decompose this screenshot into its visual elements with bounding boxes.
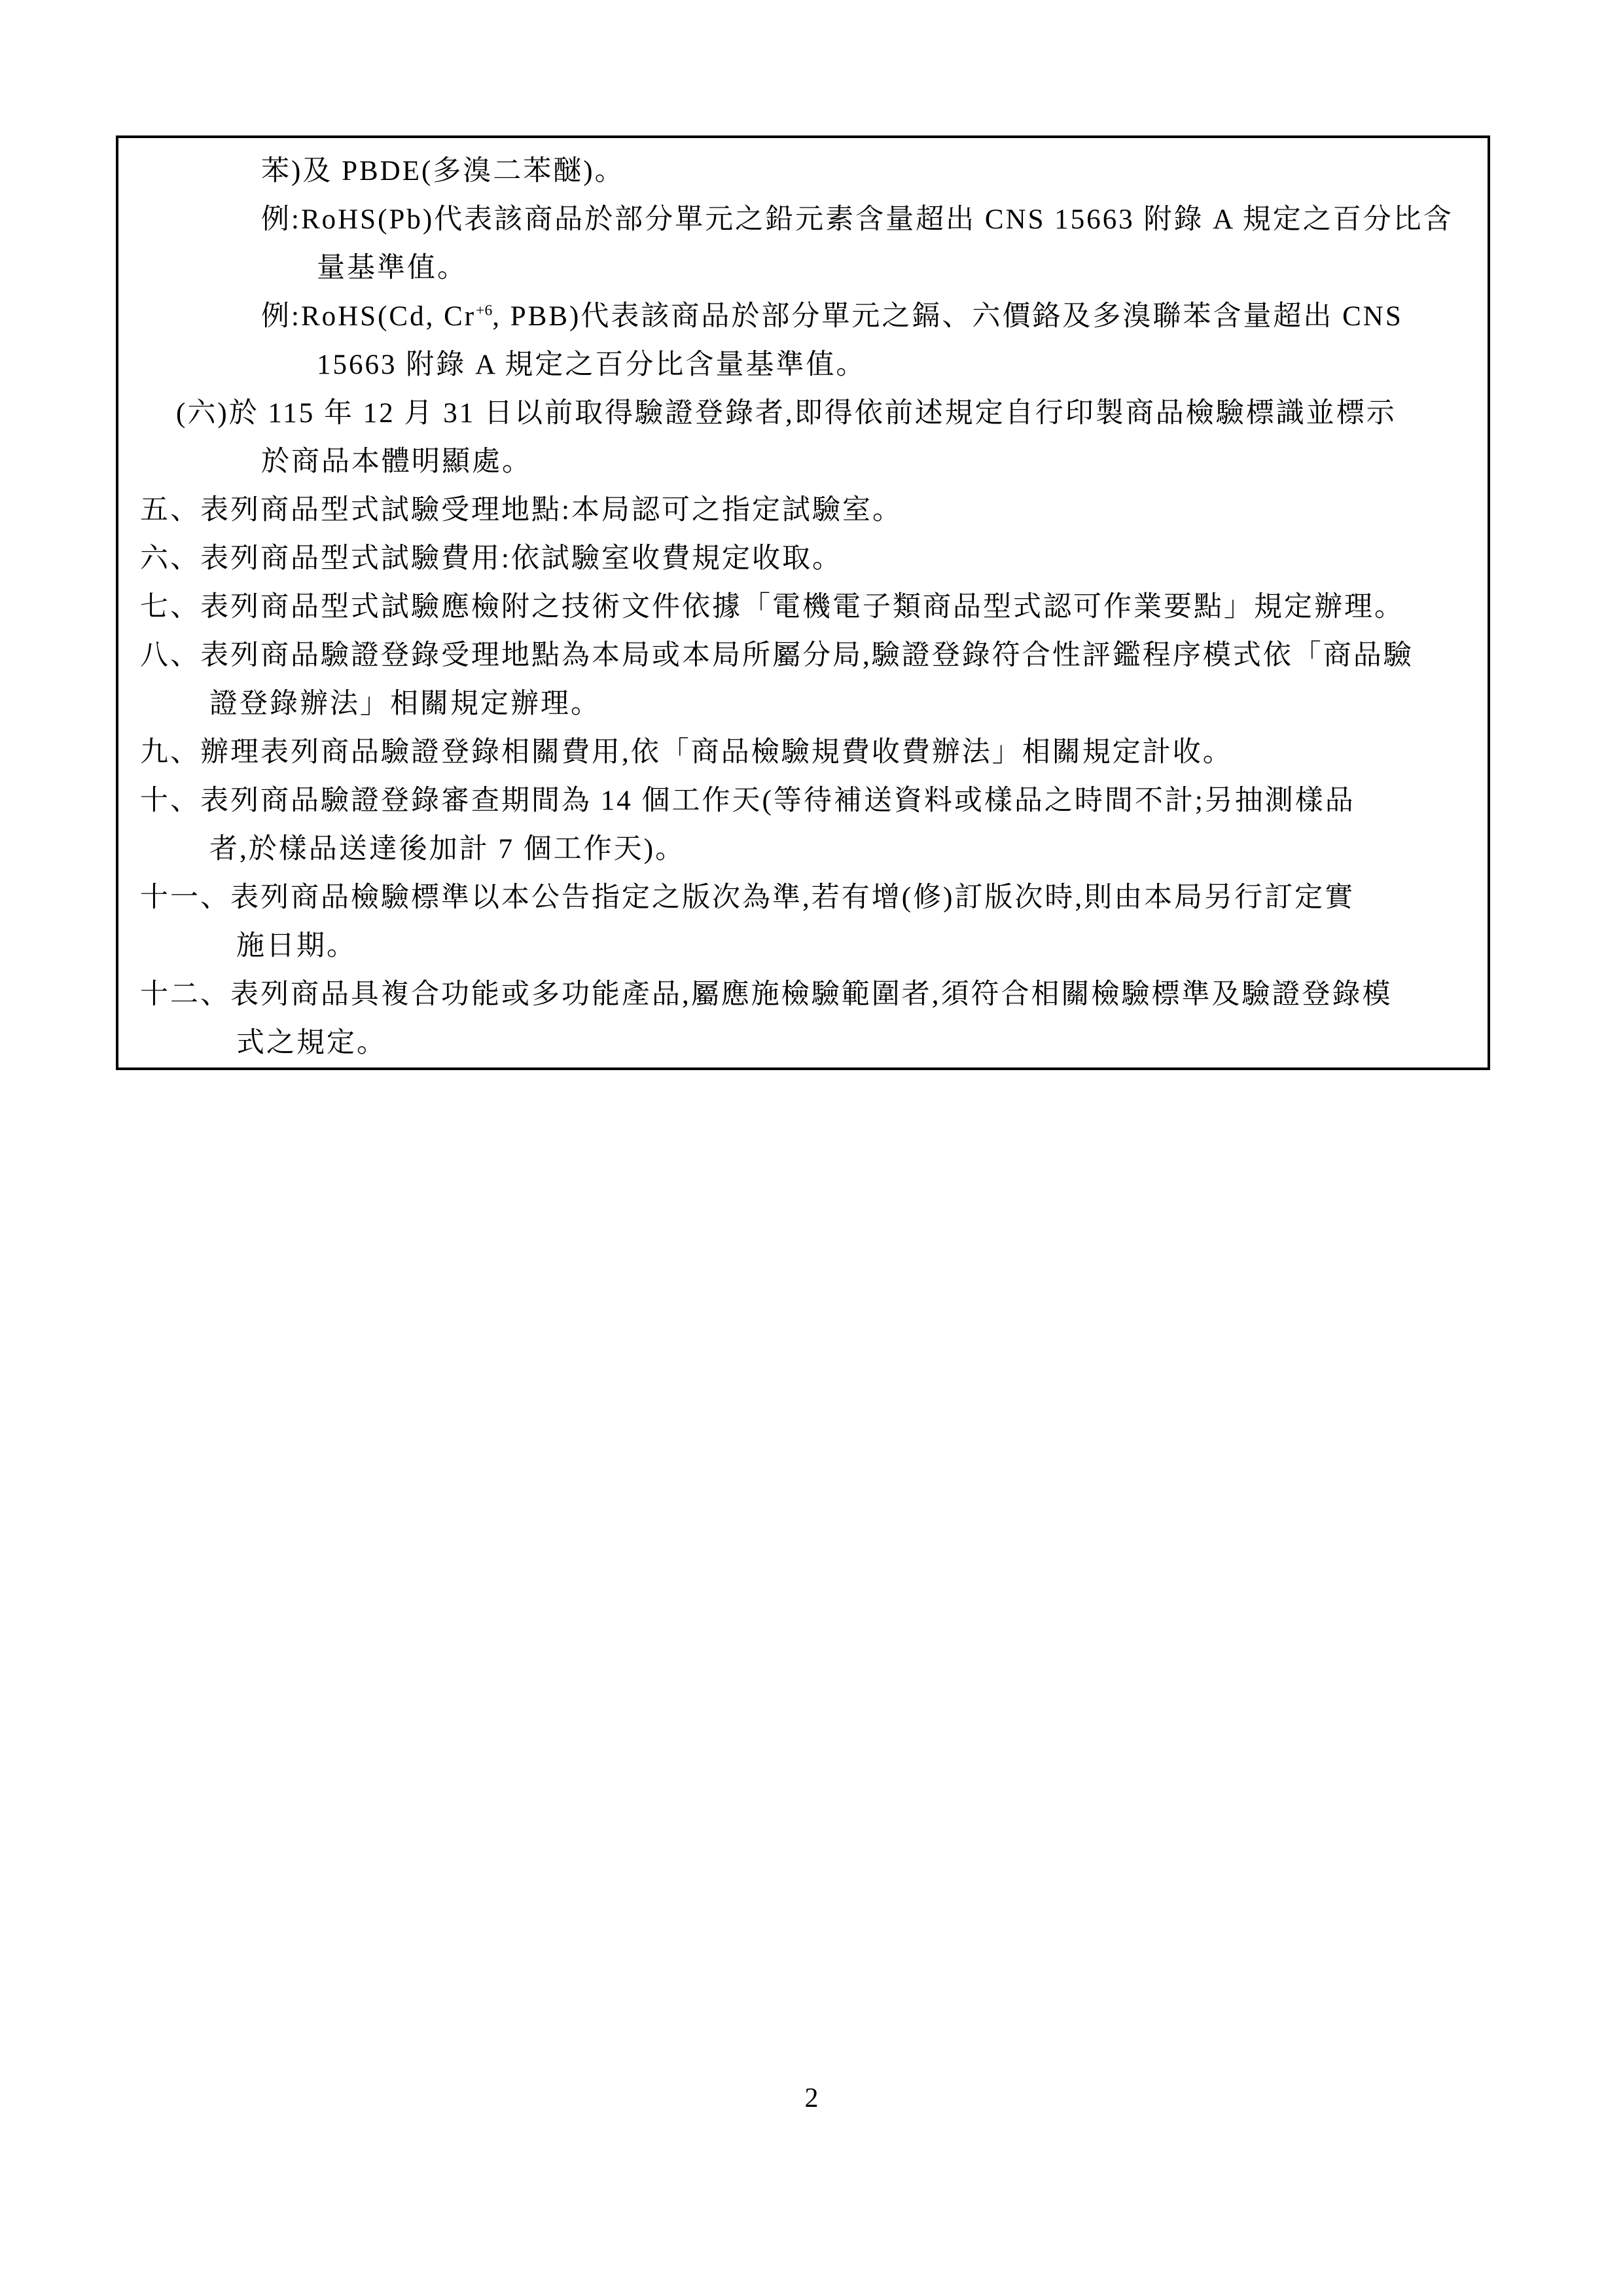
document-page: 苯)及 PBDE(多溴二苯醚)。例:RoHS(Pb)代表該商品於部分單元之鉛元素… <box>0 0 1623 2296</box>
text-run: 量基準值。 <box>317 253 467 283</box>
notice-text-box: 苯)及 PBDE(多溴二苯醚)。例:RoHS(Pb)代表該商品於部分單元之鉛元素… <box>116 135 1490 1070</box>
text-run: 苯)及 PBDE(多溴二苯醚)。 <box>261 156 625 187</box>
text-run: 於商品本體明顯處。 <box>261 446 532 477</box>
text-line-6: (六)於 115 年 12 月 31 日以前取得驗證登錄者,即得依前述規定自行印… <box>118 389 1488 438</box>
text-line-11: 八、表列商品驗證登錄受理地點為本局或本局所屬分局,驗證登錄符合性評鑑程序模式依「… <box>118 632 1488 680</box>
text-line-8: 五、表列商品型式試驗受理地點:本局認可之指定試驗室。 <box>118 486 1488 535</box>
text-line-5: 15663 附錄 A 規定之百分比含量基準值。 <box>118 341 1488 389</box>
text-line-12: 證登錄辦法」相關規定辦理。 <box>118 680 1488 728</box>
text-run: 十二、表列商品具複合功能或多功能產品,屬應施檢驗範圍者,須符合相關檢驗標準及驗證… <box>140 979 1393 1010</box>
text-run: (六)於 115 年 12 月 31 日以前取得驗證登錄者,即得依前述規定自行印… <box>176 398 1397 429</box>
text-run: 七、表列商品型式試驗應檢附之技術文件依據「電機電子類商品型式認可作業要點」規定辦… <box>140 592 1404 622</box>
text-line-7: 於商品本體明顯處。 <box>118 438 1488 486</box>
superscript-run: +6 <box>476 302 492 319</box>
text-line-9: 六、表列商品型式試驗費用:依試驗室收費規定收取。 <box>118 535 1488 583</box>
text-line-2: 例:RoHS(Pb)代表該商品於部分單元之鉛元素含量超出 CNS 15663 附… <box>118 196 1488 244</box>
text-line-17: 施日期。 <box>118 922 1488 971</box>
text-line-18: 十二、表列商品具複合功能或多功能產品,屬應施檢驗範圍者,須符合相關檢驗標準及驗證… <box>118 971 1488 1019</box>
text-line-1: 苯)及 PBDE(多溴二苯醚)。 <box>118 147 1488 196</box>
text-line-14: 十、表列商品驗證登錄審查期間為 14 個工作天(等待補送資料或樣品之時間不計;另… <box>118 777 1488 825</box>
text-run: 例:RoHS(Cd, Cr <box>261 301 476 332</box>
text-run: 者,於樣品送達後加計 7 個工作天)。 <box>209 834 685 865</box>
text-run: 六、表列商品型式試驗費用:依試驗室收費規定收取。 <box>140 543 842 574</box>
text-line-13: 九、辦理表列商品驗證登錄相關費用,依「商品檢驗規費收費辦法」相關規定計收。 <box>118 728 1488 777</box>
text-run: 15663 附錄 A 規定之百分比含量基準值。 <box>317 350 866 380</box>
text-line-19: 式之規定。 <box>118 1019 1488 1067</box>
text-run: 五、表列商品型式試驗受理地點:本局認可之指定試驗室。 <box>140 495 902 526</box>
text-run: 八、表列商品驗證登錄受理地點為本局或本局所屬分局,驗證登錄符合性評鑑程序模式依「… <box>140 640 1414 671</box>
text-run: , PBB)代表該商品於部分單元之鎘、六價鉻及多溴聯苯含量超出 CNS <box>492 301 1403 332</box>
text-run: 十一、表列商品檢驗標準以本公告指定之版次為準,若有增(修)訂版次時,則由本局另行… <box>140 882 1355 913</box>
text-run: 十、表列商品驗證登錄審查期間為 14 個工作天(等待補送資料或樣品之時間不計;另… <box>140 785 1355 816</box>
text-line-4: 例:RoHS(Cd, Cr+6, PBB)代表該商品於部分單元之鎘、六價鉻及多溴… <box>118 293 1488 341</box>
text-run: 證登錄辦法」相關規定辦理。 <box>209 689 601 719</box>
text-line-16: 十一、表列商品檢驗標準以本公告指定之版次為準,若有增(修)訂版次時,則由本局另行… <box>118 874 1488 922</box>
page-number: 2 <box>0 2083 1623 2114</box>
text-line-10: 七、表列商品型式試驗應檢附之技術文件依據「電機電子類商品型式認可作業要點」規定辦… <box>118 583 1488 632</box>
text-run: 施日期。 <box>236 931 357 961</box>
text-run: 例:RoHS(Pb)代表該商品於部分單元之鉛元素含量超出 CNS 15663 附… <box>261 204 1454 235</box>
text-run: 式之規定。 <box>236 1028 387 1058</box>
text-run: 九、辦理表列商品驗證登錄相關費用,依「商品檢驗規費收費辦法」相關規定計收。 <box>140 737 1233 768</box>
text-line-15: 者,於樣品送達後加計 7 個工作天)。 <box>118 825 1488 874</box>
text-line-3: 量基準值。 <box>118 244 1488 293</box>
